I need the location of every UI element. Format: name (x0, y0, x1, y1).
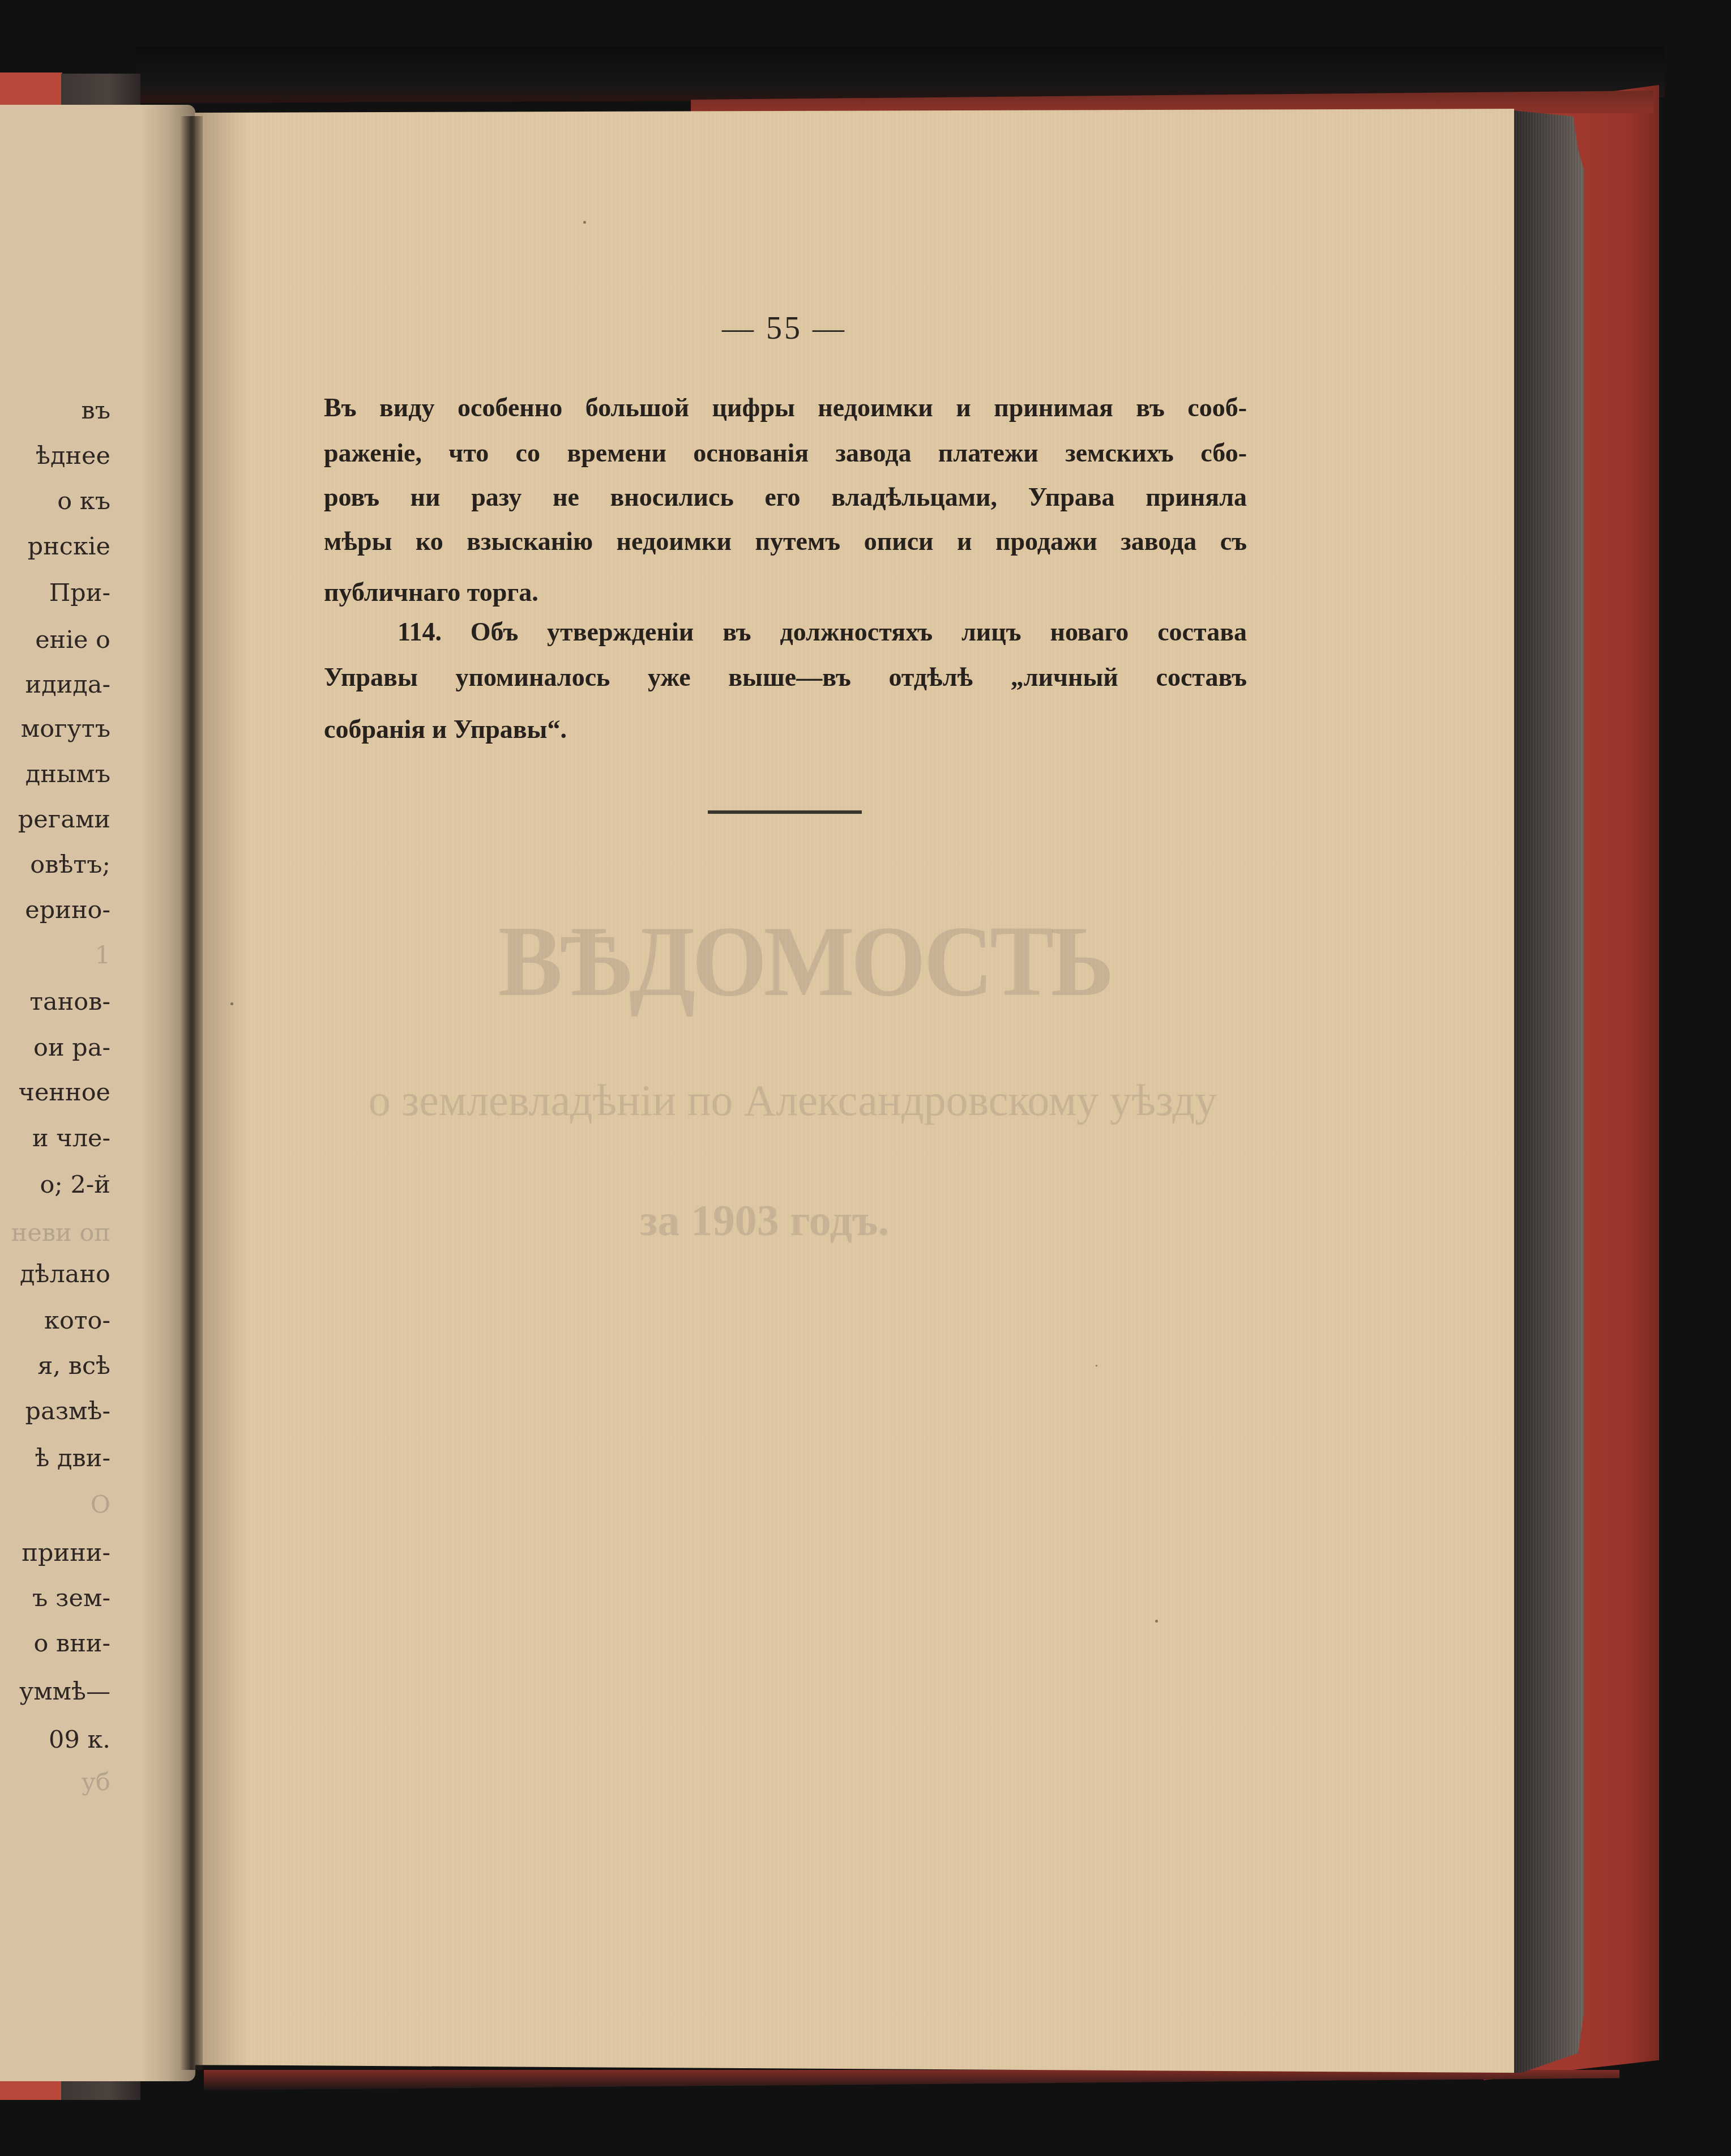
left-page-line-fragment: 1 (95, 941, 110, 970)
left-page-line-fragment: о; 2-й (40, 1171, 110, 1199)
left-page-line-fragment: прини- (22, 1539, 110, 1567)
left-page-line-fragment: ъ зем- (32, 1584, 110, 1612)
text-line: раженіе, что со времени основанія завода… (324, 436, 1247, 470)
left-page-line-fragment: размѣ- (25, 1397, 110, 1425)
text-line: 114. Объ утвержденіи въ должностяхъ лицъ… (398, 615, 1247, 649)
left-page: въѣднеео кърнскіеПри-еніе оидида-могутъд… (0, 105, 195, 2081)
bleed-through-subtitle: о землевладѣніи по Александровскому уѣзд… (283, 1075, 1302, 1126)
left-page-line-fragment: о къ (57, 487, 110, 515)
left-page-line-fragment: ои ра- (33, 1034, 110, 1062)
left-page-line-fragment: кото- (44, 1307, 110, 1335)
text-line: собранія и Управы“. (324, 712, 1247, 746)
gutter-shadow (180, 116, 203, 2070)
cover-bottom-edge (204, 2070, 1619, 2090)
page-fore-edge (1513, 110, 1584, 2073)
left-page-line-fragment: ченное (18, 1078, 110, 1107)
bleed-through-year: за 1903 годъ. (566, 1195, 963, 1246)
left-page-line-fragment: уб (82, 1768, 110, 1796)
left-page-line-fragment: днымъ (25, 760, 110, 788)
left-page-line-fragment: ерино- (25, 896, 110, 924)
text-line: Управы упоминалось уже выше—въ отдѣлѣ „л… (324, 660, 1247, 694)
text-line: Въ виду особенно большой цифры недоимки … (324, 391, 1247, 425)
left-page-line-fragment: ѣднее (36, 442, 110, 470)
left-page-line-fragment: и чле- (32, 1124, 110, 1152)
left-page-line-fragment: 09 к. (49, 1726, 110, 1754)
left-page-line-fragment: При- (49, 579, 110, 607)
left-page-line-fragment: въ (81, 396, 110, 425)
text-line: публичнаго торга. (324, 575, 1247, 609)
bleed-through-title: ВѢДОМОСТЬ (498, 903, 1065, 1019)
text-line: мѣры ко взысканію недоимки путемъ описи … (324, 524, 1247, 558)
left-page-line-fragment: неви оп (11, 1219, 110, 1247)
text-line: ровъ ни разу не вносились его владѣльцам… (324, 480, 1247, 514)
left-page-line-fragment: танов- (29, 988, 110, 1016)
left-page-line-fragment: овѣтъ; (30, 851, 110, 879)
left-page-line-fragment: О (91, 1491, 110, 1519)
left-page-line-fragment: я, всѣ (37, 1352, 110, 1380)
left-page-line-fragment: идида- (25, 671, 110, 699)
left-page-line-fragment: могутъ (21, 715, 110, 743)
left-page-line-fragment: дѣлано (20, 1260, 110, 1288)
page-number: — 55 — (651, 310, 917, 347)
left-page-line-fragment: о вни- (33, 1629, 110, 1658)
left-page-line-fragment: уммѣ— (19, 1677, 110, 1706)
left-page-line-fragment: рнскіе (28, 532, 110, 561)
section-divider-rule (708, 810, 862, 814)
left-page-line-fragment: ѣ дви- (35, 1444, 110, 1472)
left-page-line-fragment: регами (18, 805, 110, 834)
left-page-line-fragment: еніе о (35, 626, 110, 654)
